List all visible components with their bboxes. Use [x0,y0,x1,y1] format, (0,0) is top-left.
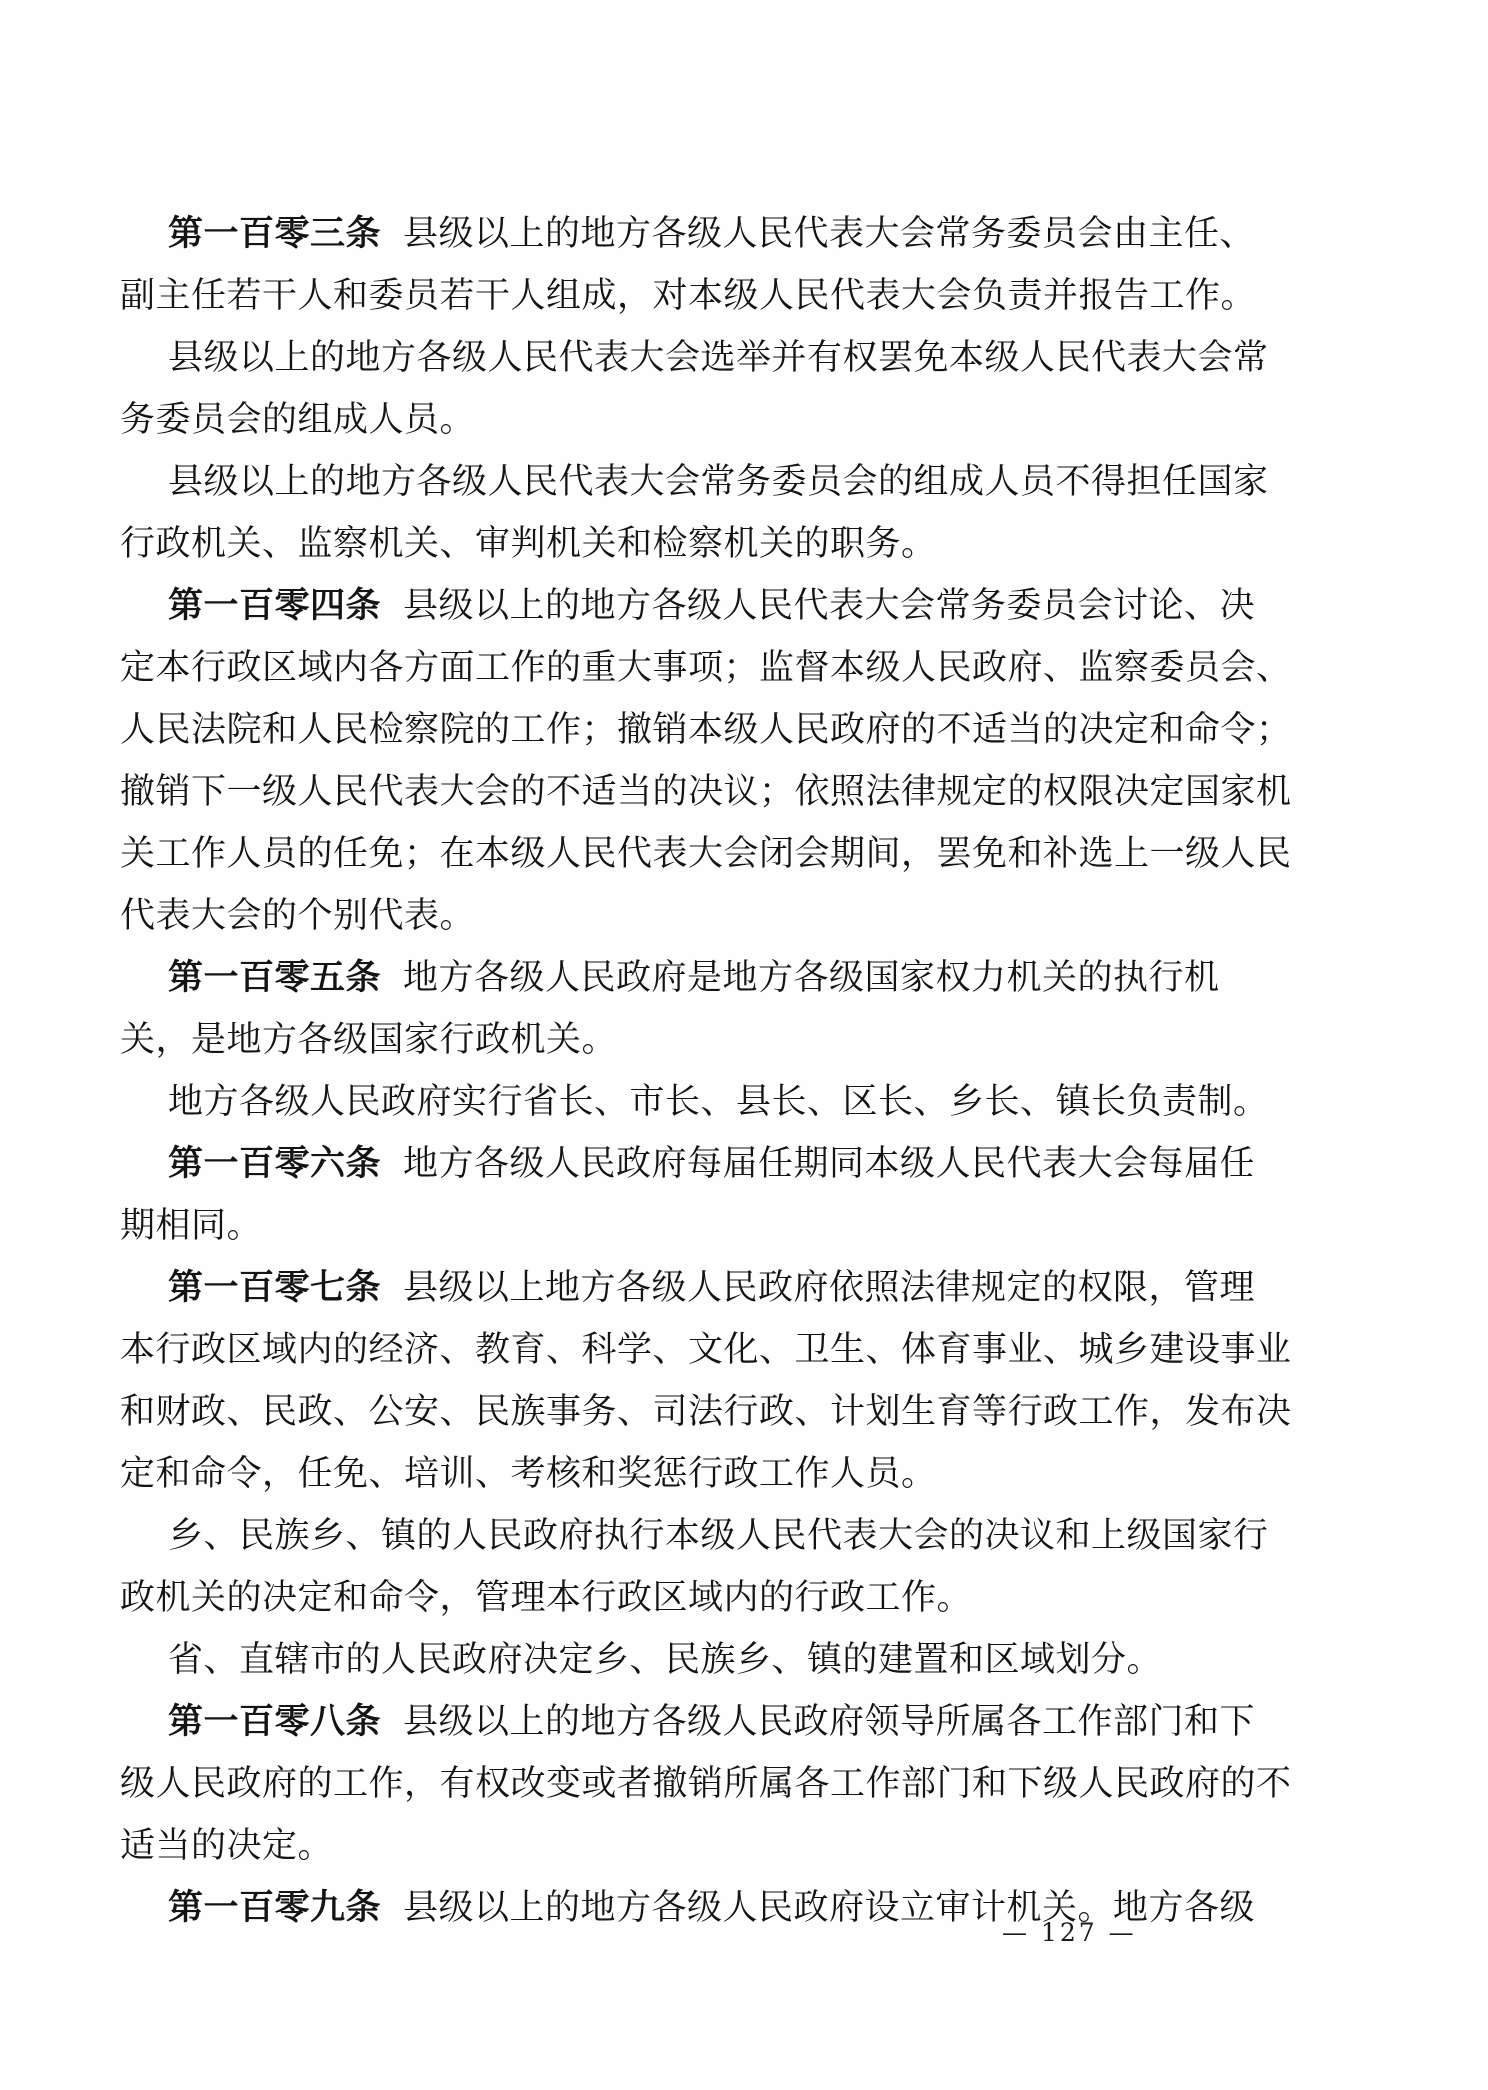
text-line: 政机关的决定和命令，管理本行政区域内的行政工作。 [120,1567,1305,1629]
article-number: 第一百零四条 [168,586,381,626]
line-text: 撤销下一级人民代表大会的不适当的决议；依照法律规定的权限决定国家机 [120,772,1292,812]
line-text: 县级以上的地方各级人民代表大会常务委员会讨论、决 [403,586,1255,626]
text-line: 县级以上的地方各级人民代表大会选举并有权罢免本级人民代表大会常 [120,327,1305,389]
line-text: 乡、民族乡、镇的人民政府执行本级人民代表大会的决议和上级国家行 [168,1516,1269,1556]
text-line: 第一百零六条地方各级人民政府每届任期同本级人民代表大会每届任 [120,1133,1305,1195]
document-body: 第一百零三条县级以上的地方各级人民代表大会常务委员会由主任、副主任若干人和委员若… [120,203,1305,1939]
line-text: 级人民政府的工作，有权改变或者撤销所属各工作部门和下级人民政府的不 [120,1764,1292,1804]
text-line: 代表大会的个别代表。 [120,885,1305,947]
line-text: 务委员会的组成人员。 [120,400,475,440]
line-text: 定本行政区域内各方面工作的重大事项；监督本级人民政府、监察委员会、 [120,648,1292,688]
text-line: 和财政、民政、公安、民族事务、司法行政、计划生育等行政工作，发布决 [120,1381,1305,1443]
text-line: 第一百零五条地方各级人民政府是地方各级国家权力机关的执行机 [120,947,1305,1009]
article-number: 第一百零八条 [168,1702,381,1742]
line-text: 地方各级人民政府是地方各级国家权力机关的执行机 [403,958,1220,998]
text-line: 第一百零四条县级以上的地方各级人民代表大会常务委员会讨论、决 [120,575,1305,637]
article-number: 第一百零九条 [168,1888,381,1928]
line-text: 地方各级人民政府实行省长、市长、县长、区长、乡长、镇长负责制。 [168,1082,1269,1122]
text-line: 乡、民族乡、镇的人民政府执行本级人民代表大会的决议和上级国家行 [120,1505,1305,1567]
text-line: 适当的决定。 [120,1815,1305,1877]
line-text: 政机关的决定和命令，管理本行政区域内的行政工作。 [120,1578,972,1618]
line-text: 县级以上的地方各级人民政府领导所属各工作部门和下 [403,1702,1255,1742]
text-line: 撤销下一级人民代表大会的不适当的决议；依照法律规定的权限决定国家机 [120,761,1305,823]
line-text: 副主任若干人和委员若干人组成，对本级人民代表大会负责并报告工作。 [120,276,1256,316]
line-text: 地方各级人民政府每届任期同本级人民代表大会每届任 [403,1144,1255,1184]
text-line: 行政机关、监察机关、审判机关和检察机关的职务。 [120,513,1305,575]
article-number: 第一百零三条 [168,214,381,254]
line-text: 期相同。 [120,1206,262,1246]
document-page: 第一百零三条县级以上的地方各级人民代表大会常务委员会由主任、副主任若干人和委员若… [0,0,1488,2090]
text-line: 人民法院和人民检察院的工作；撤销本级人民政府的不适当的决定和命令； [120,699,1305,761]
line-text: 县级以上的地方各级人民代表大会常务委员会由主任、 [403,214,1255,254]
line-text: 县级以上的地方各级人民代表大会选举并有权罢免本级人民代表大会常 [168,338,1269,378]
line-text: 和财政、民政、公安、民族事务、司法行政、计划生育等行政工作，发布决 [120,1392,1292,1432]
text-line: 县级以上的地方各级人民代表大会常务委员会的组成人员不得担任国家 [120,451,1305,513]
text-line: 定和命令，任免、培训、考核和奖惩行政工作人员。 [120,1443,1305,1505]
text-line: 第一百零三条县级以上的地方各级人民代表大会常务委员会由主任、 [120,203,1305,265]
text-line: 地方各级人民政府实行省长、市长、县长、区长、乡长、镇长负责制。 [120,1071,1305,1133]
text-line: 务委员会的组成人员。 [120,389,1305,451]
line-text: 适当的决定。 [120,1826,333,1866]
text-line: 省、直辖市的人民政府决定乡、民族乡、镇的建置和区域划分。 [120,1629,1305,1691]
line-text: 关，是地方各级国家行政机关。 [120,1020,617,1060]
text-line: 副主任若干人和委员若干人组成，对本级人民代表大会负责并报告工作。 [120,265,1305,327]
text-line: 第一百零七条县级以上地方各级人民政府依照法律规定的权限，管理 [120,1257,1305,1319]
text-line: 第一百零八条县级以上的地方各级人民政府领导所属各工作部门和下 [120,1691,1305,1753]
text-line: 定本行政区域内各方面工作的重大事项；监督本级人民政府、监察委员会、 [120,637,1305,699]
article-number: 第一百零六条 [168,1144,381,1184]
line-text: 本行政区域内的经济、教育、科学、文化、卫生、体育事业、城乡建设事业 [120,1330,1292,1370]
page-number: — 127 — [1002,1918,1137,1948]
article-number: 第一百零七条 [168,1268,381,1308]
text-line: 本行政区域内的经济、教育、科学、文化、卫生、体育事业、城乡建设事业 [120,1319,1305,1381]
line-text: 县级以上地方各级人民政府依照法律规定的权限，管理 [403,1268,1255,1308]
text-line: 级人民政府的工作，有权改变或者撤销所属各工作部门和下级人民政府的不 [120,1753,1305,1815]
line-text: 县级以上的地方各级人民代表大会常务委员会的组成人员不得担任国家 [168,462,1269,502]
line-text: 人民法院和人民检察院的工作；撤销本级人民政府的不适当的决定和命令； [120,710,1292,750]
line-text: 行政机关、监察机关、审判机关和检察机关的职务。 [120,524,937,564]
line-text: 关工作人员的任免；在本级人民代表大会闭会期间，罢免和补选上一级人民 [120,834,1292,874]
text-line: 关工作人员的任免；在本级人民代表大会闭会期间，罢免和补选上一级人民 [120,823,1305,885]
line-text: 代表大会的个别代表。 [120,896,475,936]
text-line: 期相同。 [120,1195,1305,1257]
line-text: 定和命令，任免、培训、考核和奖惩行政工作人员。 [120,1454,937,1494]
article-number: 第一百零五条 [168,958,381,998]
text-line: 关，是地方各级国家行政机关。 [120,1009,1305,1071]
line-text: 省、直辖市的人民政府决定乡、民族乡、镇的建置和区域划分。 [168,1640,1162,1680]
